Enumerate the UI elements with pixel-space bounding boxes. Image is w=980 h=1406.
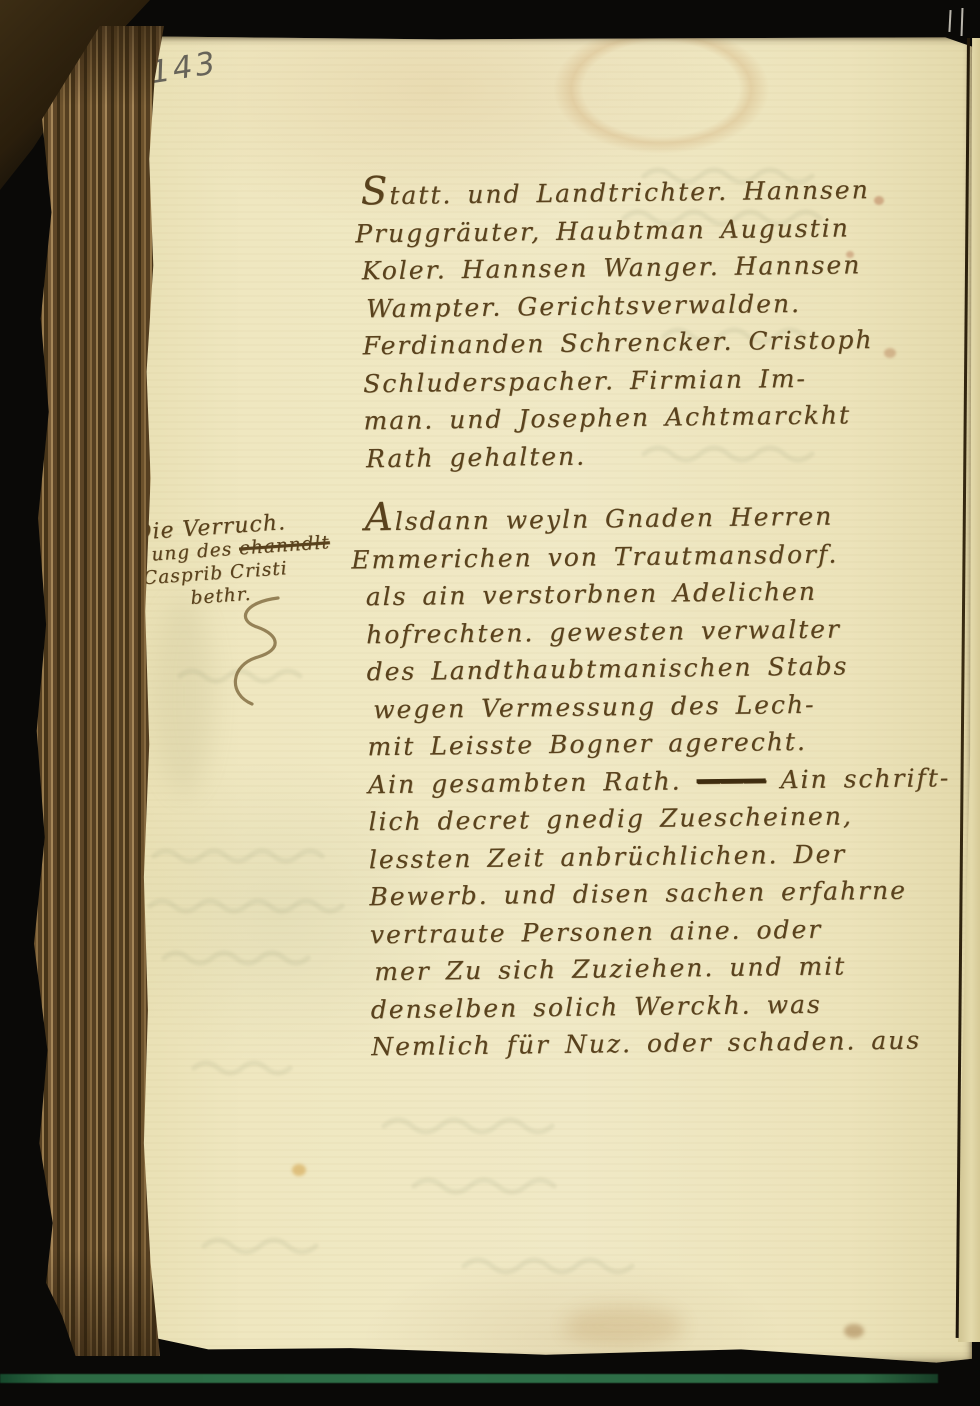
handwriting-text: Ain schrift- bbox=[765, 763, 950, 794]
handwriting-line: Schluderspacher. Firmian Im- bbox=[363, 358, 903, 402]
scratch-mark bbox=[961, 8, 964, 36]
foxing-spot bbox=[844, 1324, 864, 1338]
handwriting-line: Wampter. Gerichtsverwalden. bbox=[366, 283, 902, 327]
struck-text: ——— bbox=[696, 765, 765, 795]
scratch-mark bbox=[948, 10, 951, 32]
handwriting-line: mer Zu sich Zuziehen. und mit bbox=[374, 947, 910, 991]
handwriting-line: Statt. und Landtrichter. Hannsen bbox=[361, 171, 901, 215]
damp-stain bbox=[154, 596, 214, 796]
handwriting-line: Alsdann weyln Gnaden Herren bbox=[365, 497, 905, 541]
handwriting-line: Koler. Hannsen Wanger. Hannsen bbox=[362, 246, 902, 290]
handwriting-line: lich decret gnedig Zuescheinen, bbox=[368, 797, 908, 841]
handwriting-line: Ferdinanden Schrencker. Cristoph bbox=[362, 321, 902, 365]
handwriting-line: Bewerb. und disen sachen erfahrne bbox=[369, 872, 909, 916]
handwriting-line: Emmerichen von Trautmansdorf. bbox=[351, 534, 905, 578]
pen-flourish bbox=[222, 594, 292, 714]
handwriting-line: als ain verstorbnen Adelichen bbox=[365, 572, 905, 616]
manuscript-text-block: Statt. und Landtrichter. Hannsen Pruggrä… bbox=[361, 171, 912, 1066]
council-heading-paragraph: Statt. und Landtrichter. Hannsen Pruggrä… bbox=[361, 171, 905, 478]
manuscript-page: 143 Die Verruch. ung des ehanndlt Caspri… bbox=[84, 36, 972, 1364]
handwriting-line: wegen Vermessung des Lech- bbox=[373, 684, 907, 728]
handwriting-line: Rath gehalten. bbox=[366, 433, 904, 477]
handwriting-line: denselben solich Werckh. was bbox=[371, 984, 911, 1028]
foxing-spot bbox=[292, 1164, 306, 1176]
council-entry-paragraph: Alsdann weyln Gnaden Herren Emmerichen v… bbox=[365, 497, 912, 1066]
scan-green-line bbox=[0, 1374, 938, 1383]
damp-stain bbox=[564, 1306, 684, 1346]
handwriting-line: des Landthaubtmanischen Stabs bbox=[366, 647, 906, 691]
handwriting-line: man. und Josephen Achtmarckht bbox=[363, 396, 903, 440]
handwriting-line: hofrechten. gewesten verwalter bbox=[366, 609, 906, 653]
handwriting-line-with-strike: Ain gesambten Rath. ——— Ain schrift- bbox=[368, 759, 908, 803]
handwriting-line: lessten Zeit anbrüchlichen. Der bbox=[369, 834, 909, 878]
book-fore-edge bbox=[30, 26, 164, 1356]
photo-background: 143 Die Verruch. ung des ehanndlt Caspri… bbox=[0, 0, 980, 1406]
handwriting-line: Nemlich für Nuz. oder schaden. aus bbox=[371, 1022, 911, 1066]
handwriting-text: Ain gesambten Rath. bbox=[368, 766, 697, 799]
